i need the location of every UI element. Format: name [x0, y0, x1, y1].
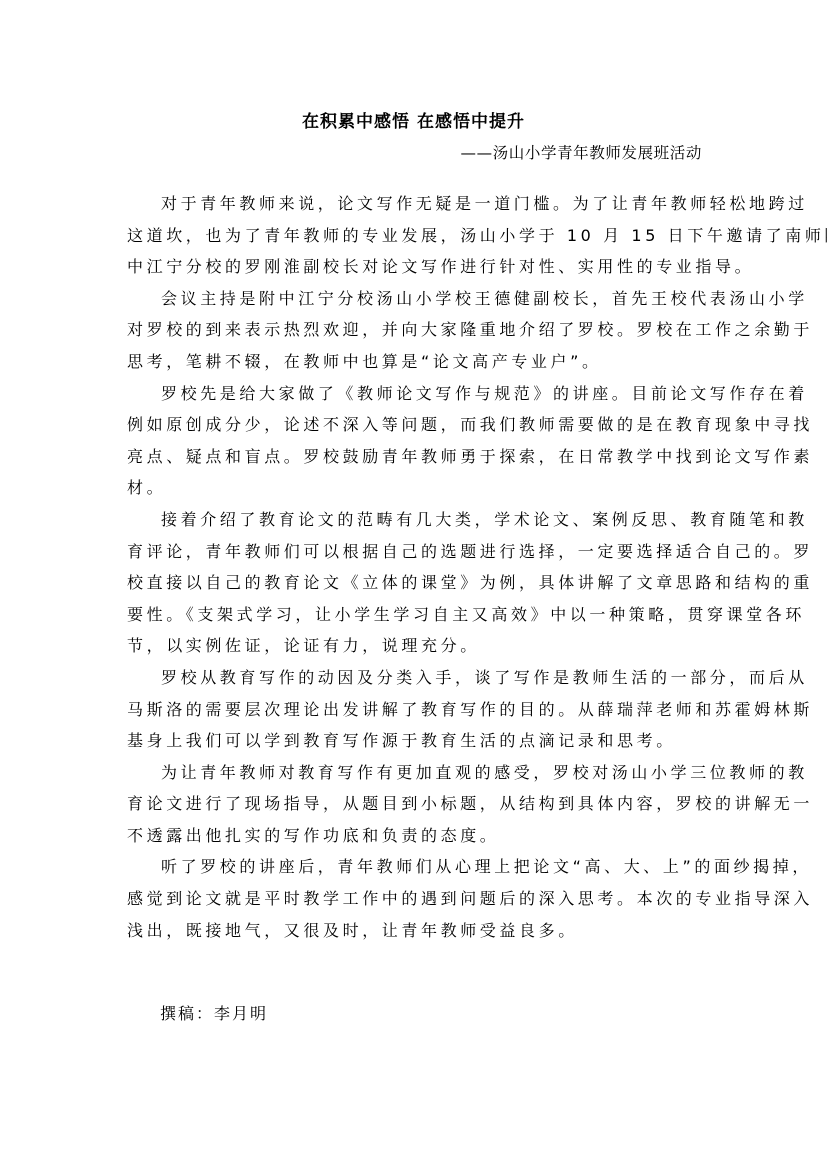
text-line: 浅出，既接地气，又很及时，让青年教师受益良多。 — [127, 915, 712, 947]
text-line: 听了罗校的讲座后，青年教师们从心理上把论文“高、大、上”的面纱揭掉， — [127, 851, 712, 883]
text-line: 不透露出他扎实的写作功底和负责的态度。 — [127, 820, 712, 852]
text-line: 中江宁分校的罗刚淮副校长对论文写作进行针对性、实用性的专业指导。 — [127, 251, 712, 283]
text-line: 基身上我们可以学到教育写作源于教育生活的点滴记录和思考。 — [127, 725, 712, 757]
paragraph: 会议主持是附中江宁分校汤山小学校王德健副校长，首先王校代表汤山小学 对罗校的到来… — [127, 283, 712, 378]
text-line: 例如原创成分少，论述不深入等问题，而我们教师需要做的是在教育现象中寻找 — [127, 409, 712, 441]
text-line: 感觉到论文就是平时教学工作中的遇到问题后的深入思考。本次的专业指导深入 — [127, 883, 712, 915]
text-line: 这道坎，也为了青年教师的专业发展，汤山小学于 10 月 15 日下午邀请了南师附 — [127, 220, 712, 252]
text-line: 罗校先是给大家做了《教师论文写作与规范》的讲座。目前论文写作存在着 — [127, 378, 712, 410]
paragraph: 接着介绍了教育论文的范畴有几大类，学术论文、案例反思、教育随笔和教 育评论，青年… — [127, 504, 712, 662]
document-title: 在积累中感悟 在感悟中提升 — [0, 110, 827, 134]
text-line: 育评论，青年教师们可以根据自己的选题进行选择，一定要选择适合自己的。罗 — [127, 536, 712, 568]
text-line: 罗校从教育写作的动因及分类入手，谈了写作是教师生活的一部分，而后从 — [127, 662, 712, 694]
text-line: 为让青年教师对教育写作有更加直观的感受，罗校对汤山小学三位教师的教 — [127, 757, 712, 789]
text-line: 马斯洛的需要层次理论出发讲解了教育写作的目的。从薛瑞萍老师和苏霍姆林斯 — [127, 694, 712, 726]
text-line: 育论文进行了现场指导，从题目到小标题，从结构到具体内容，罗校的讲解无一 — [127, 788, 712, 820]
text-line: 思考，笔耕不辍，在教师中也算是“论文高产专业户”。 — [127, 346, 712, 378]
text-line: 材。 — [127, 472, 712, 504]
text-line: 亮点、疑点和盲点。罗校鼓励青年教师勇于探索，在日常教学中找到论文写作素 — [127, 441, 712, 473]
paragraph: 对于青年教师来说，论文写作无疑是一道门槛。为了让青年教师轻松地跨过 这道坎，也为… — [127, 188, 712, 283]
paragraph: 为让青年教师对教育写作有更加直观的感受，罗校对汤山小学三位教师的教 育论文进行了… — [127, 757, 712, 852]
text-line: 接着介绍了教育论文的范畴有几大类，学术论文、案例反思、教育随笔和教 — [127, 504, 712, 536]
text-line: 对罗校的到来表示热烈欢迎，并向大家隆重地介绍了罗校。罗校在工作之余勤于 — [127, 314, 712, 346]
text-line: 对于青年教师来说，论文写作无疑是一道门槛。为了让青年教师轻松地跨过 — [127, 188, 712, 220]
text-line: 会议主持是附中江宁分校汤山小学校王德健副校长，首先王校代表汤山小学 — [127, 283, 712, 315]
document-body: 对于青年教师来说，论文写作无疑是一道门槛。为了让青年教师轻松地跨过 这道坎，也为… — [127, 188, 712, 946]
text-line: 校直接以自己的教育论文《立体的课堂》为例，具体讲解了文章思路和结构的重 — [127, 567, 712, 599]
author-byline: 撰稿：李月明 — [160, 1002, 268, 1026]
document-subtitle: ——汤山小学青年教师发展班活动 — [460, 142, 702, 164]
paragraph: 听了罗校的讲座后，青年教师们从心理上把论文“高、大、上”的面纱揭掉， 感觉到论文… — [127, 851, 712, 946]
paragraph: 罗校从教育写作的动因及分类入手，谈了写作是教师生活的一部分，而后从 马斯洛的需要… — [127, 662, 712, 757]
document-page: 在积累中感悟 在感悟中提升 ——汤山小学青年教师发展班活动 对于青年教师来说，论… — [0, 0, 827, 1170]
text-line: 节，以实例佐证，论证有力，说理充分。 — [127, 630, 712, 662]
text-line: 要性。《支架式学习，让小学生学习自主又高效》中以一种策略，贯穿课堂各环 — [127, 599, 712, 631]
paragraph: 罗校先是给大家做了《教师论文写作与规范》的讲座。目前论文写作存在着 例如原创成分… — [127, 378, 712, 504]
